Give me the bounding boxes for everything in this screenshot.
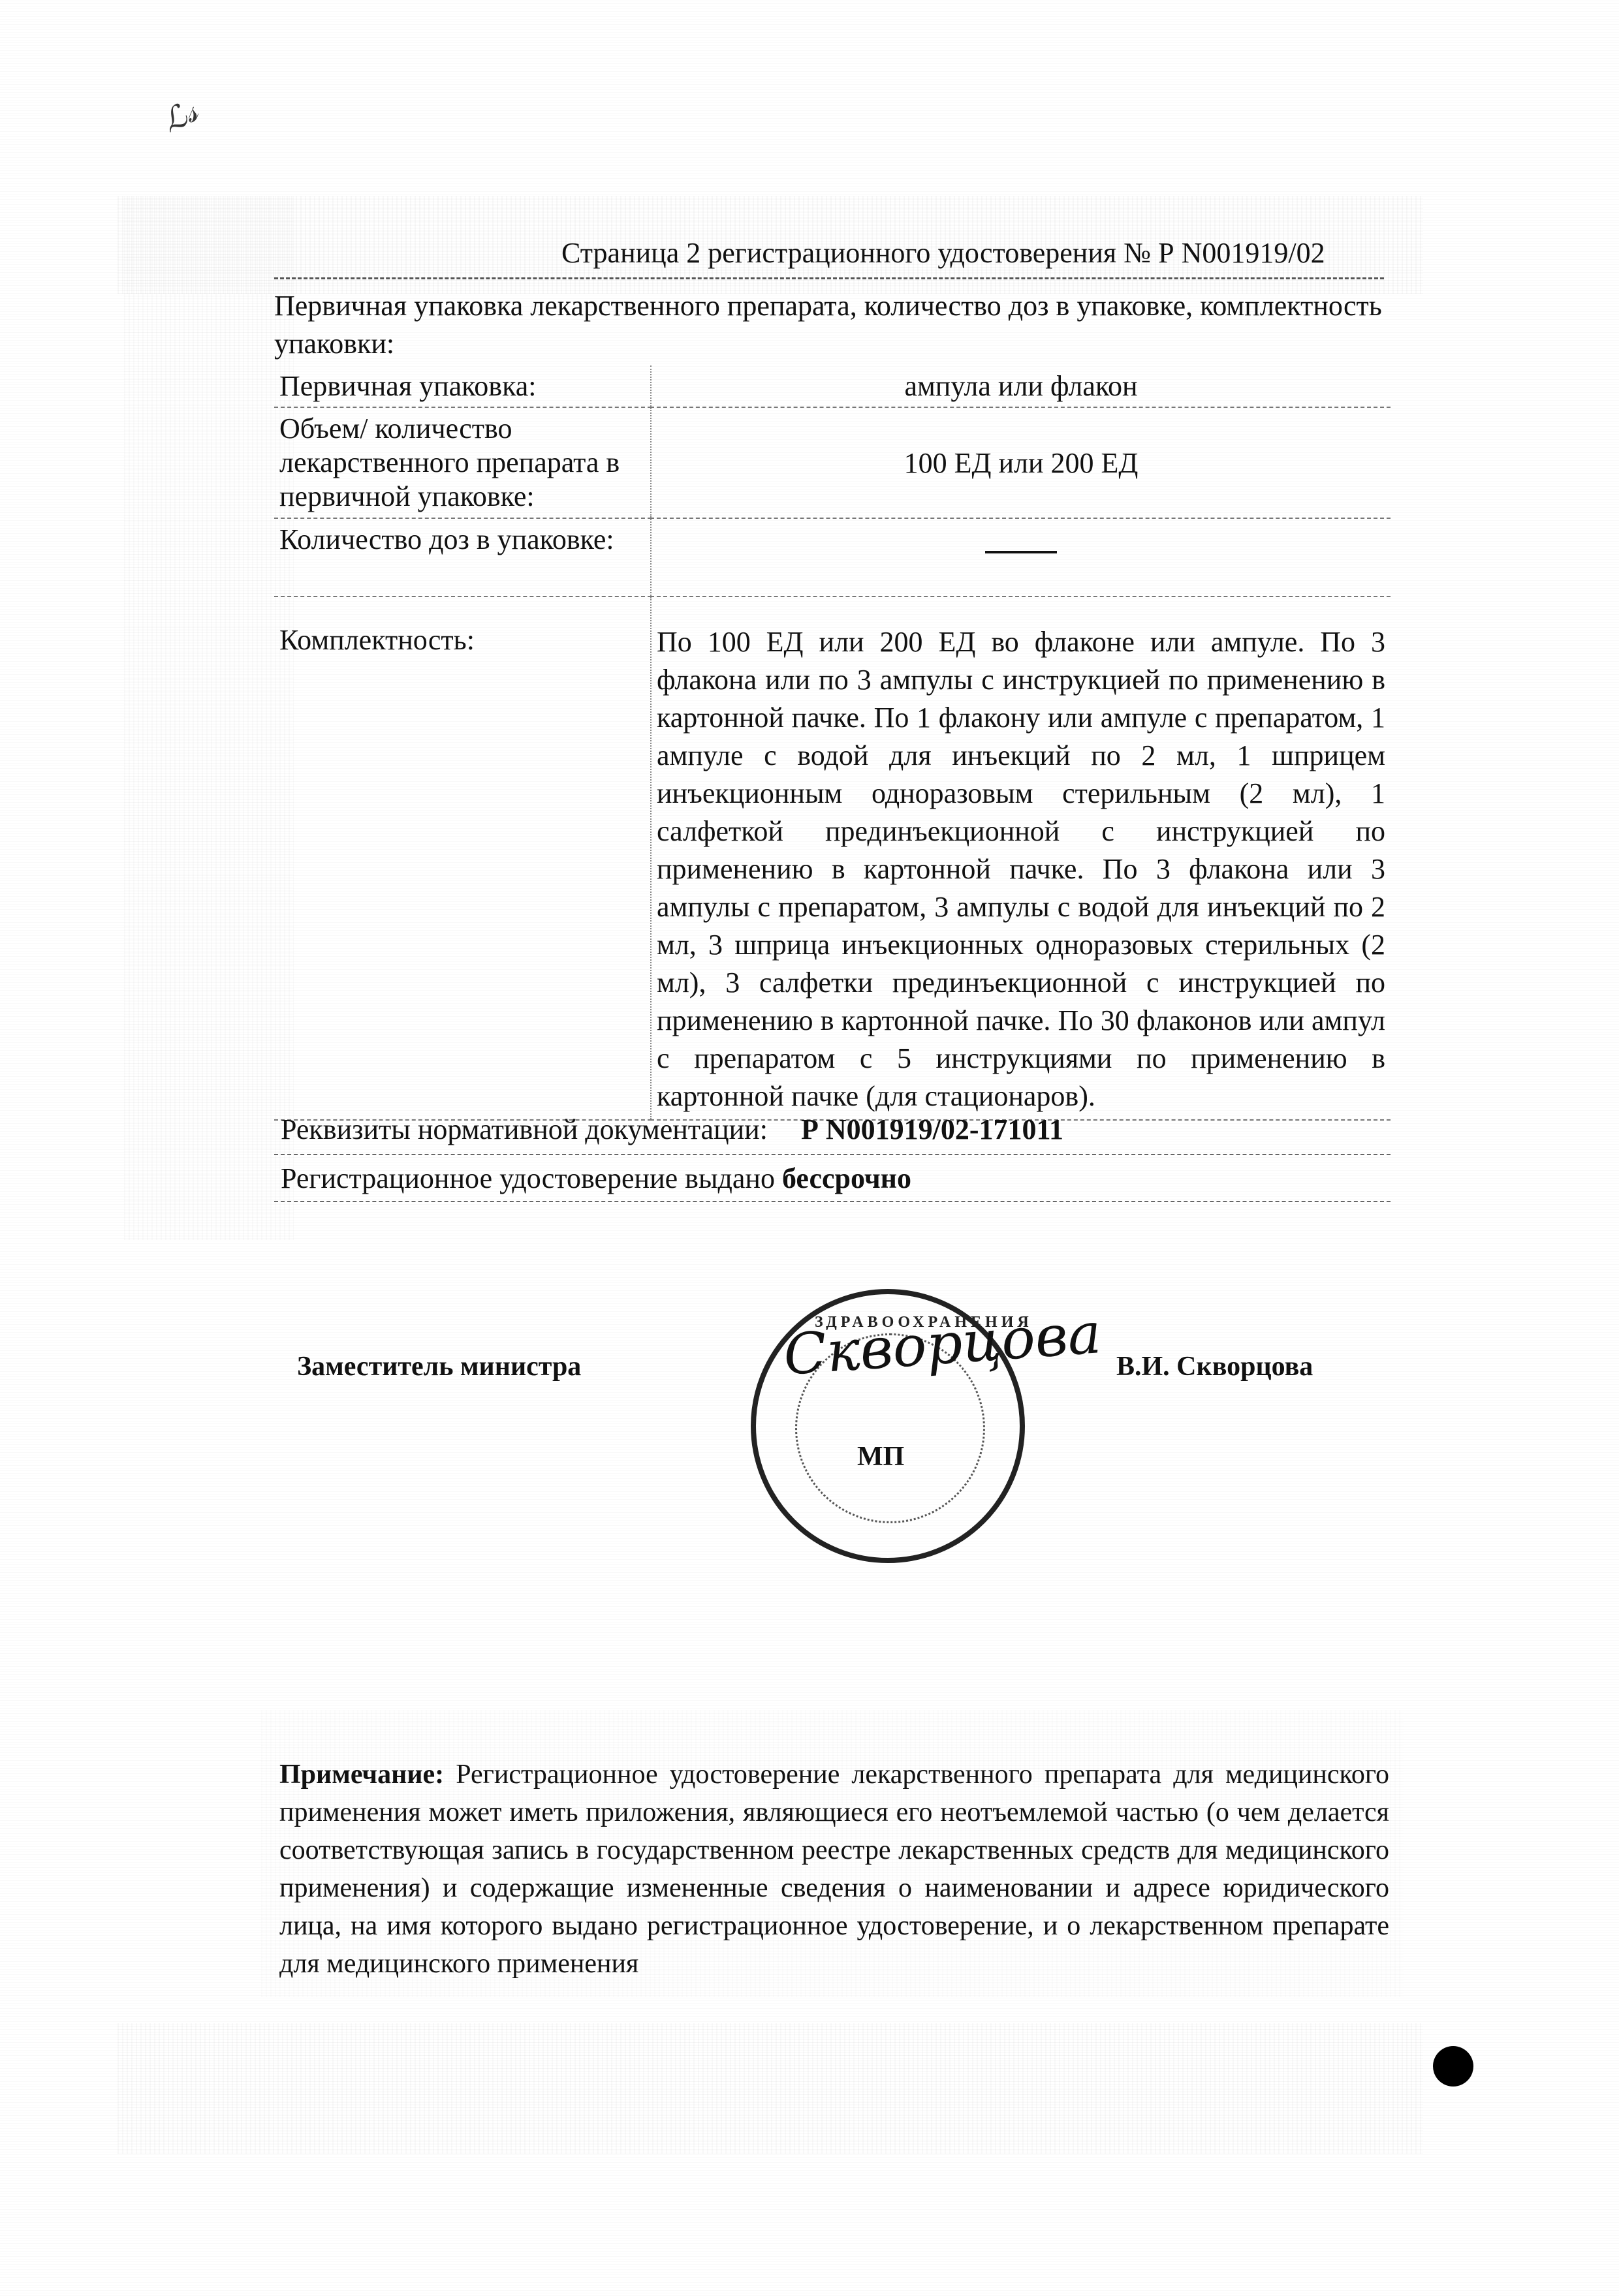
row-label: Количество доз в упаковке: — [274, 518, 651, 597]
row-label: Первичная упаковка: — [274, 365, 651, 407]
scan-noise — [124, 196, 294, 1240]
handwritten-mark: ℒ𝓈 — [157, 93, 203, 141]
packaging-table: Первичная упаковка: ампула или флакон Об… — [274, 365, 1391, 1121]
row-value: По 100 ЕД или 200 ЕД во флаконе или ампу… — [651, 597, 1391, 1120]
divider — [274, 277, 1384, 279]
table-row: Первичная упаковка: ампула или флакон — [274, 365, 1391, 407]
row-value: 100 ЕД или 200 ЕД — [651, 407, 1391, 518]
note-text: Регистрационное удостоверение лекарствен… — [279, 1760, 1389, 1979]
note: Примечание: Регистрационное удостоверени… — [279, 1756, 1389, 1983]
requisites-label: Реквизиты нормативной документации: — [281, 1113, 768, 1145]
page-header: Страница 2 регистрационного удостоверени… — [561, 236, 1325, 270]
note-label: Примечание: — [279, 1760, 444, 1790]
divider — [274, 1154, 1391, 1155]
validity-text: Регистрационное удостоверение выдано — [281, 1162, 775, 1194]
validity-statement: Регистрационное удостоверение выдано бес… — [281, 1162, 911, 1195]
normative-requisites: Реквизиты нормативной документации: Р N0… — [281, 1113, 1063, 1146]
requisites-value: Р N001919/02-171011 — [801, 1113, 1063, 1145]
table-row: Комплектность: По 100 ЕД или 200 ЕД во ф… — [274, 597, 1391, 1120]
row-label: Комплектность: — [274, 597, 651, 1120]
row-value — [651, 518, 1391, 597]
table-row: Объем/ количество лекарственного препара… — [274, 407, 1391, 518]
scan-noise — [118, 2023, 1423, 2154]
divider — [274, 1201, 1391, 1202]
row-value: ампула или флакон — [651, 365, 1391, 407]
section-title: Первичная упаковка лекарственного препар… — [274, 287, 1384, 363]
signatory-title: Заместитель министра — [297, 1351, 581, 1382]
row-label: Объем/ количество лекарственного препара… — [274, 407, 651, 518]
stamp-center-text: МП — [857, 1441, 904, 1472]
signatory-name: В.И. Скворцова — [1116, 1351, 1313, 1382]
empty-dash — [985, 551, 1057, 553]
table-row: Количество доз в упаковке: — [274, 518, 1391, 597]
punch-hole-mark — [1433, 2046, 1473, 2087]
validity-value: бессрочно — [782, 1162, 911, 1194]
